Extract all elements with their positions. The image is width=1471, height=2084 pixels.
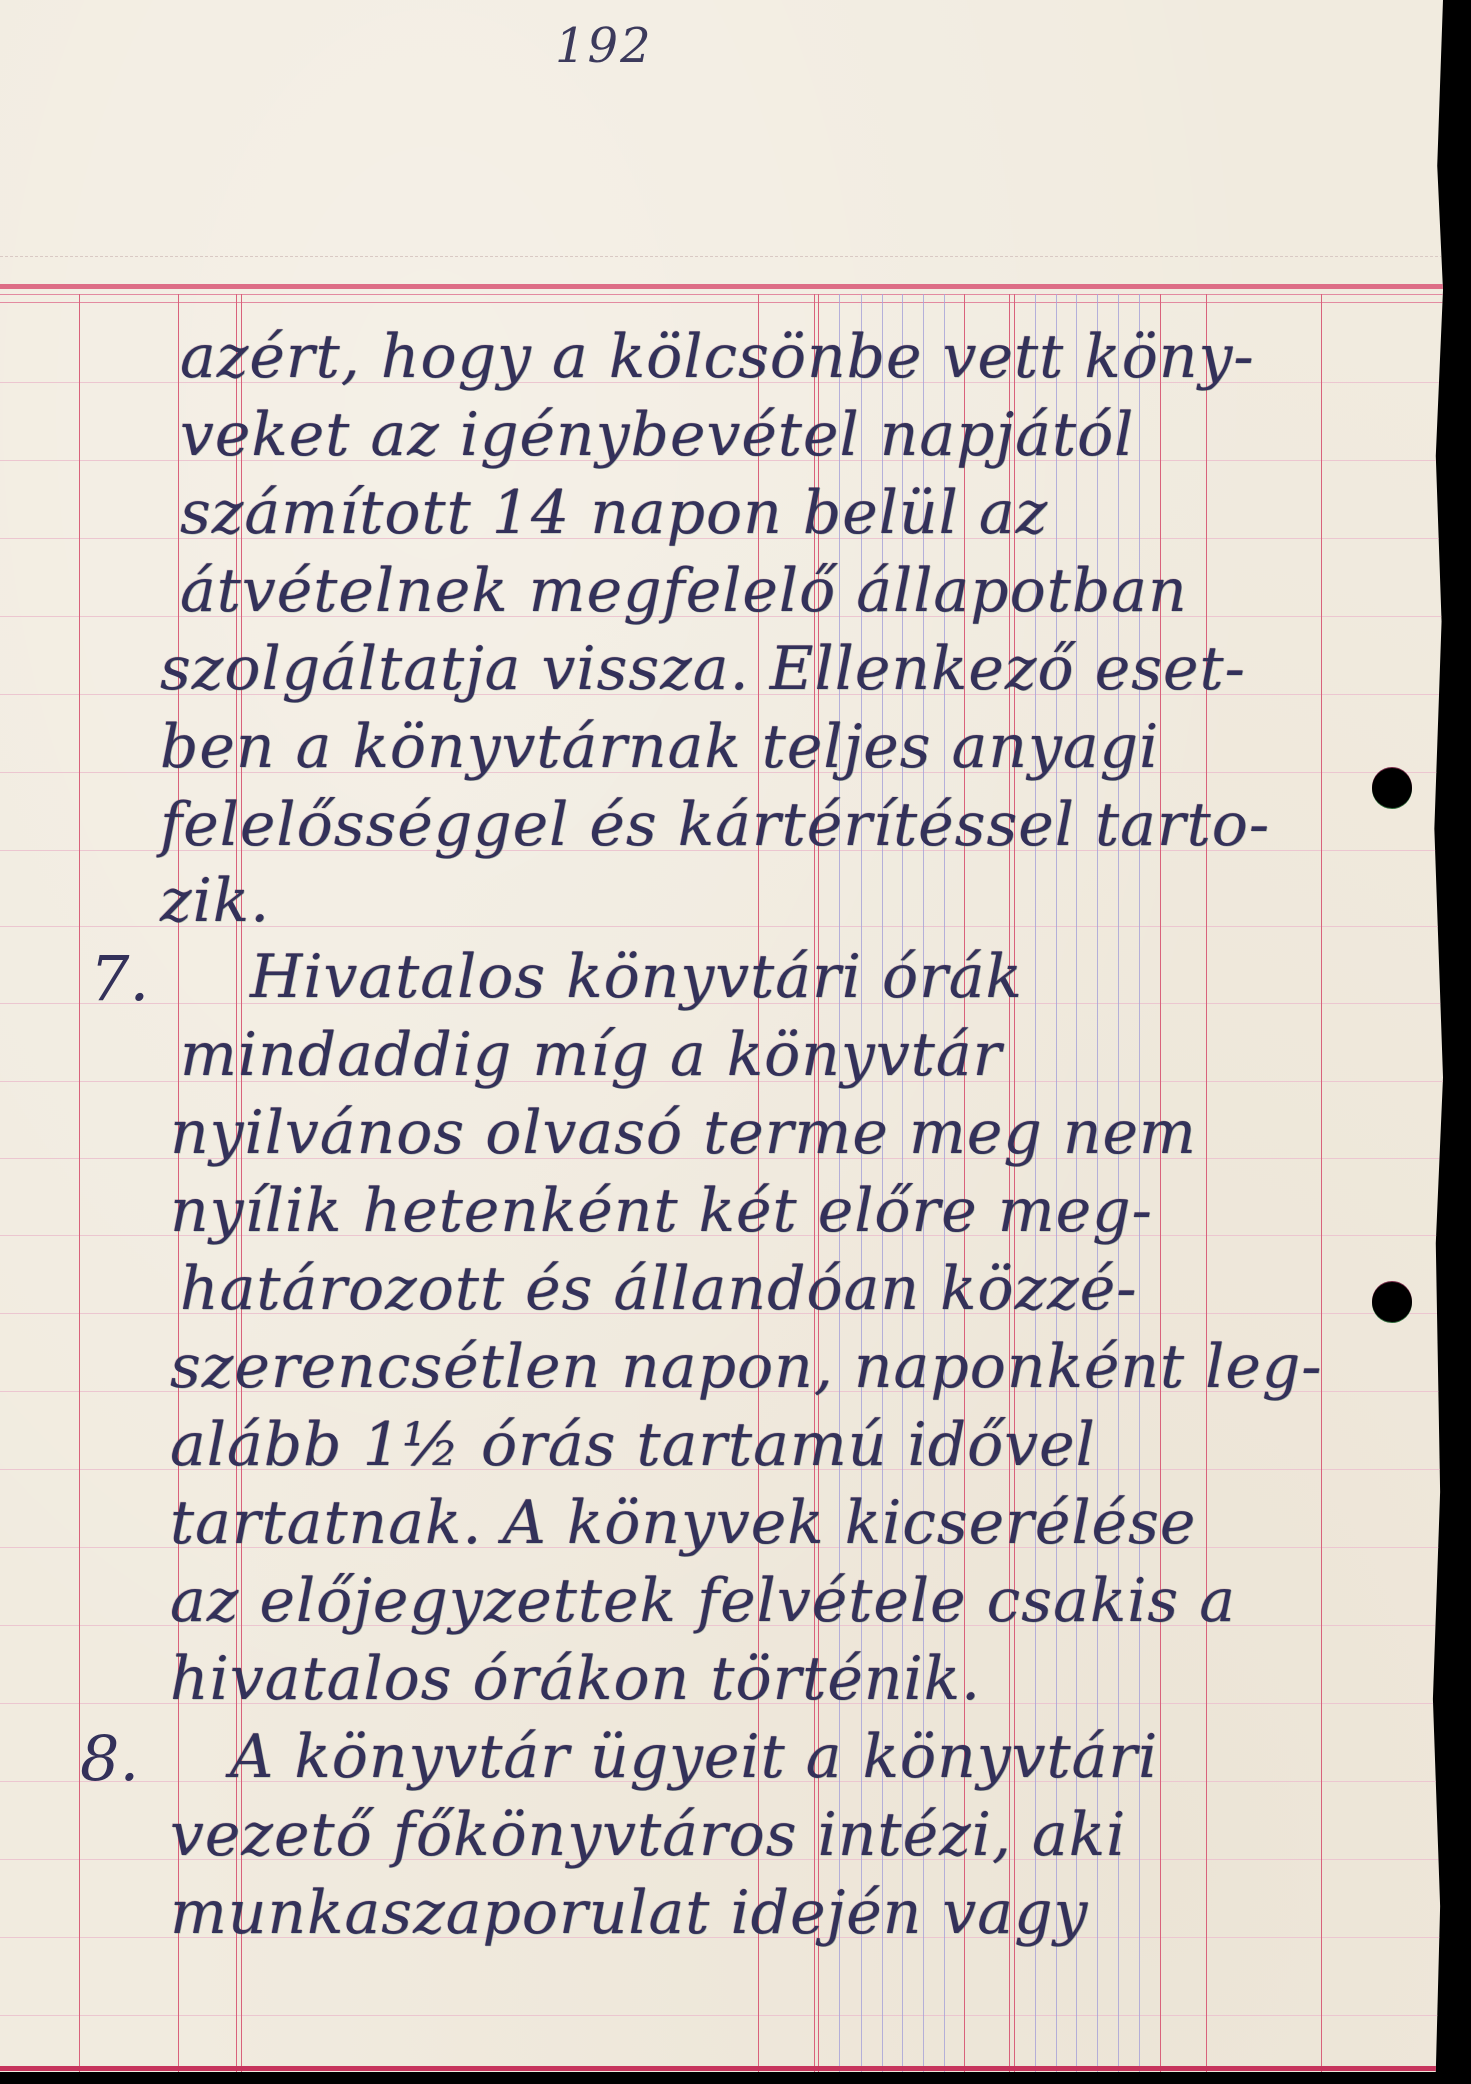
text-line: az előjegyzettek felvétele csakis a <box>170 1566 1236 1636</box>
text-line: Hivatalos könyvtári órák <box>250 942 1023 1012</box>
ledger-page: 192 azért, ho <box>0 0 1443 2072</box>
text-line: hivatalos órákon történik. <box>170 1644 981 1714</box>
text-line: nyílik hetenként két előre meg- <box>170 1176 1153 1246</box>
text-line: szolgáltatja vissza. Ellenkező eset- <box>160 634 1246 704</box>
text-line: szerencsétlen napon, naponként leg- <box>170 1332 1323 1402</box>
text-line: határozott és állandóan közzé- <box>180 1254 1138 1324</box>
handwritten-body: azért, hogy a kölcsönbe vett köny- veket… <box>0 0 1443 2072</box>
text-line: átvételnek megfelelő állapotban <box>180 556 1188 626</box>
text-line: vezető főkönyvtáros intézi, aki <box>170 1800 1126 1870</box>
text-line: azért, hogy a kölcsönbe vett köny- <box>180 322 1255 392</box>
text-line: számított 14 napon belül az <box>180 478 1048 548</box>
text-line: munkaszaporulat idején vagy <box>170 1878 1088 1948</box>
text-line: zik. <box>160 866 270 936</box>
text-line: A könyvtár ügyeit a könyvtári <box>230 1722 1158 1792</box>
text-line: alább 1½ órás tartamú idővel <box>170 1410 1096 1480</box>
text-line: ben a könyvtárnak teljes anyagi <box>160 712 1159 782</box>
item-number-7: 7. <box>90 942 149 1015</box>
text-line: tartatnak. A könyvek kicserélése <box>170 1488 1196 1558</box>
text-line: veket az igénybevétel napjától <box>180 400 1134 470</box>
text-line: nyilvános olvasó terme meg nem <box>170 1098 1197 1168</box>
item-number-8: 8. <box>80 1722 139 1795</box>
text-line: felelősséggel és kártérítéssel tarto- <box>160 790 1270 860</box>
text-line: mindaddig míg a könyvtár <box>180 1020 1002 1090</box>
